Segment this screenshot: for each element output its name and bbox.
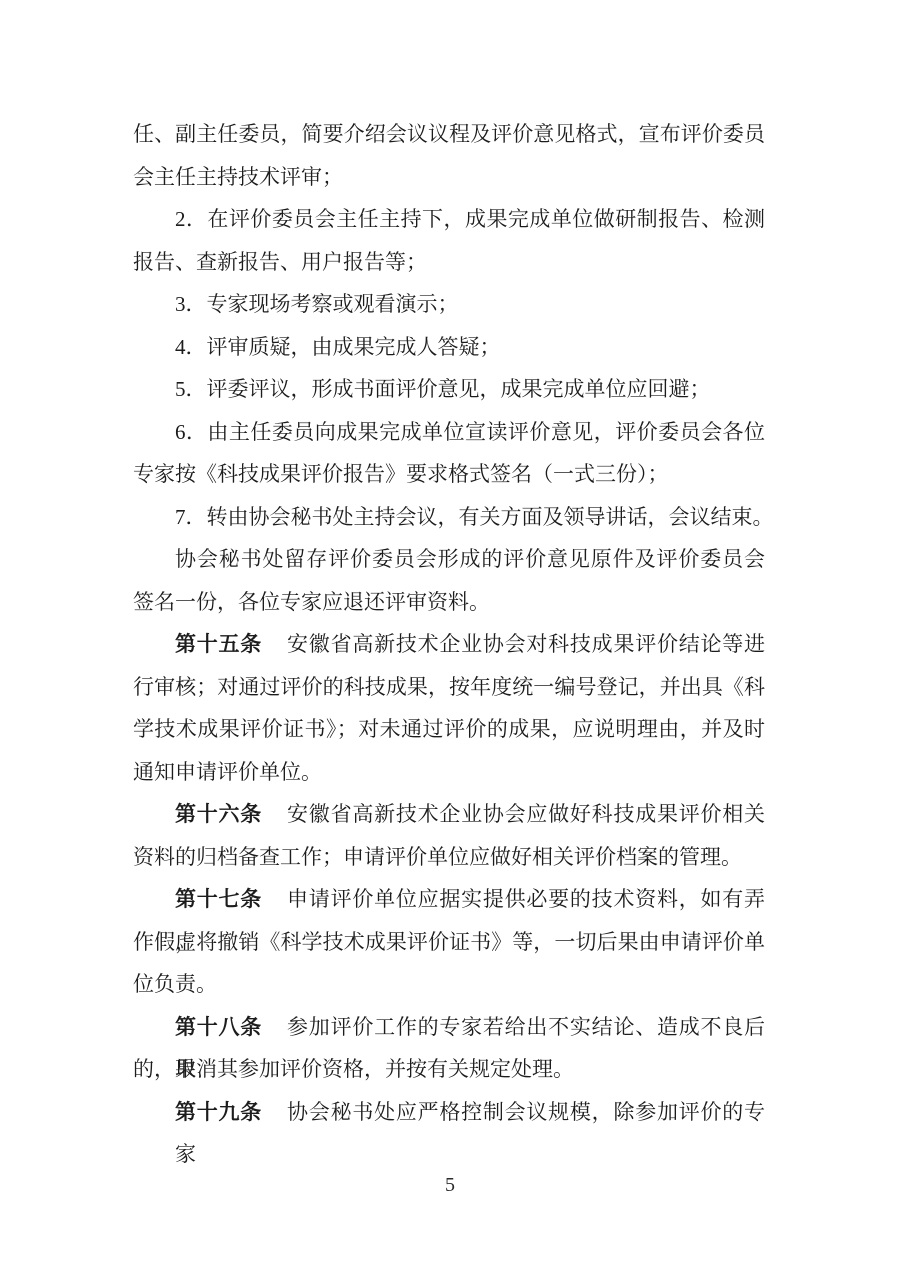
paragraph: 6．由主任委员向成果完成单位宣读评价意见，评价委员会各位专家按《科技成果评价报告…	[133, 411, 765, 496]
line-text: 安徽省高新技术企业协会对科技成果评价结论等进	[287, 632, 765, 656]
article-number: 第十五条	[175, 632, 287, 656]
text-line: 签名一份，各位专家应退还评审资料。	[133, 581, 765, 624]
text-line: 位负责。	[133, 963, 765, 1006]
text-line: 通知申请评价单位。	[133, 751, 765, 794]
line-text: 位负责。	[133, 972, 217, 996]
text-line: 3．专家现场考察或观看演示；	[133, 283, 765, 326]
line-text: 7．转由协会秘书处主持会议，有关方面及领导讲话，会议结束。	[175, 505, 774, 529]
line-text: 协会秘书处留存评价委员会形成的评价意见原件及评价委员会	[175, 547, 765, 571]
text-line: 第十七条申请评价单位应据实提供必要的技术资料，如有弄虚	[133, 878, 765, 921]
paragraph: 2．在评价委员会主任主持下，成果完成单位做研制报告、检测报告、查新报告、用户报告…	[133, 198, 765, 283]
text-line: 的，取消其参加评价资格，并按有关规定处理。	[133, 1048, 765, 1091]
paragraph: 7．转由协会秘书处主持会议，有关方面及领导讲话，会议结束。	[133, 496, 765, 539]
text-line: 报告、查新报告、用户报告等；	[133, 241, 765, 284]
line-text: 通知申请评价单位。	[133, 760, 322, 784]
text-line: 4．评审质疑，由成果完成人答疑；	[133, 326, 765, 369]
paragraph: 第十八条参加评价工作的专家若给出不实结论、造成不良后果的，取消其参加评价资格，并…	[133, 1006, 765, 1091]
text-line: 会主任主持技术评审；	[133, 156, 765, 199]
text-line: 5．评委评议，形成书面评价意见，成果完成单位应回避；	[133, 368, 765, 411]
page-number: 5	[0, 1172, 900, 1198]
line-text: 专家按《科技成果评价报告》要求格式签名（一式三份）；	[133, 462, 669, 486]
text-line: 任、副主任委员，简要介绍会议议程及评价意见格式，宣布评价委员	[133, 113, 765, 156]
paragraph: 4．评审质疑，由成果完成人答疑；	[133, 326, 765, 369]
text-line: 第十六条安徽省高新技术企业协会应做好科技成果评价相关	[133, 793, 765, 836]
text-line: 第十八条参加评价工作的专家若给出不实结论、造成不良后果	[133, 1006, 765, 1049]
text-line: 资料的归档备查工作；申请评价单位应做好相关评价档案的管理。	[133, 836, 765, 879]
line-text: 的，取消其参加评价资格，并按有关规定处理。	[133, 1057, 574, 1081]
text-line: 6．由主任委员向成果完成单位宣读评价意见，评价委员会各位	[133, 411, 765, 454]
text-line: 2．在评价委员会主任主持下，成果完成单位做研制报告、检测	[133, 198, 765, 241]
line-text: 3．专家现场考察或观看演示；	[175, 292, 459, 316]
article-number: 第十八条	[175, 1015, 287, 1039]
line-text: 任、副主任委员，简要介绍会议议程及评价意见格式，宣布评价委员	[133, 122, 765, 146]
paragraph: 第十六条安徽省高新技术企业协会应做好科技成果评价相关资料的归档备查工作；申请评价…	[133, 793, 765, 878]
text-line: 作假，将撤销《科学技术成果评价证书》等，一切后果由申请评价单	[133, 921, 765, 964]
line-text: 学技术成果评价证书》；对未通过评价的成果，应说明理由，并及时	[133, 717, 765, 741]
paragraph: 第十五条安徽省高新技术企业协会对科技成果评价结论等进行审核；对通过评价的科技成果…	[133, 623, 765, 793]
article-number: 第十九条	[175, 1100, 287, 1124]
paragraph: 第十七条申请评价单位应据实提供必要的技术资料，如有弄虚作假，将撤销《科学技术成果…	[133, 878, 765, 1006]
text-line: 第十九条协会秘书处应严格控制会议规模，除参加评价的专家	[133, 1091, 765, 1134]
line-text: 4．评审质疑，由成果完成人答疑；	[175, 335, 501, 359]
line-text: 安徽省高新技术企业协会应做好科技成果评价相关	[287, 802, 765, 826]
article-number: 第十六条	[175, 802, 287, 826]
line-text: 会主任主持技术评审；	[133, 165, 343, 189]
paragraph: 任、副主任委员，简要介绍会议议程及评价意见格式，宣布评价委员会主任主持技术评审；	[133, 113, 765, 198]
text-line: 专家按《科技成果评价报告》要求格式签名（一式三份）；	[133, 453, 765, 496]
paragraph: 5．评委评议，形成书面评价意见，成果完成单位应回避；	[133, 368, 765, 411]
document-body: 任、副主任委员，简要介绍会议议程及评价意见格式，宣布评价委员会主任主持技术评审；…	[133, 113, 765, 1133]
text-line: 行审核；对通过评价的科技成果，按年度统一编号登记，并出具《科	[133, 666, 765, 709]
document-page: 任、副主任委员，简要介绍会议议程及评价意见格式，宣布评价委员会主任主持技术评审；…	[0, 0, 900, 1272]
paragraph: 第十九条协会秘书处应严格控制会议规模，除参加评价的专家	[133, 1091, 765, 1134]
line-text: 行审核；对通过评价的科技成果，按年度统一编号登记，并出具《科	[133, 675, 765, 699]
line-text: 作假，将撤销《科学技术成果评价证书》等，一切后果由申请评价单	[133, 930, 765, 954]
line-text: 2．在评价委员会主任主持下，成果完成单位做研制报告、检测	[175, 207, 765, 231]
line-text: 6．由主任委员向成果完成单位宣读评价意见，评价委员会各位	[175, 420, 765, 444]
text-line: 学技术成果评价证书》；对未通过评价的成果，应说明理由，并及时	[133, 708, 765, 751]
paragraph: 协会秘书处留存评价委员会形成的评价意见原件及评价委员会签名一份，各位专家应退还评…	[133, 538, 765, 623]
text-line: 第十五条安徽省高新技术企业协会对科技成果评价结论等进	[133, 623, 765, 666]
line-text: 报告、查新报告、用户报告等；	[133, 250, 427, 274]
paragraph: 3．专家现场考察或观看演示；	[133, 283, 765, 326]
line-text: 5．评委评议，形成书面评价意见，成果完成单位应回避；	[175, 377, 711, 401]
line-text: 资料的归档备查工作；申请评价单位应做好相关评价档案的管理。	[133, 845, 742, 869]
line-text: 签名一份，各位专家应退还评审资料。	[133, 590, 490, 614]
text-line: 协会秘书处留存评价委员会形成的评价意见原件及评价委员会	[133, 538, 765, 581]
text-line: 7．转由协会秘书处主持会议，有关方面及领导讲话，会议结束。	[133, 496, 765, 539]
article-number: 第十七条	[175, 887, 287, 911]
